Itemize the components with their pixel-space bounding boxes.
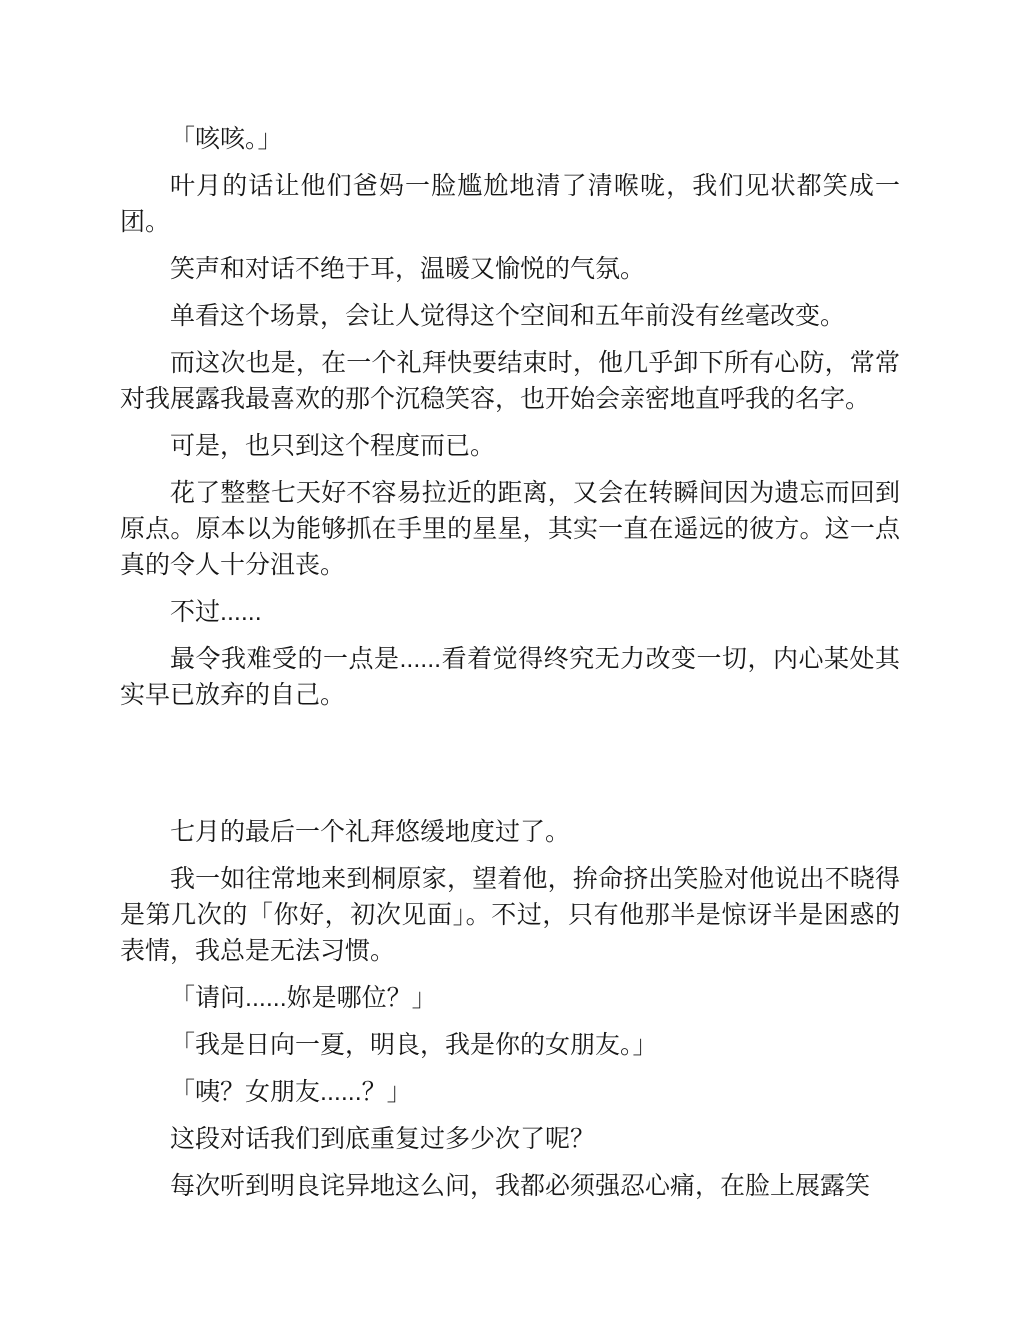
paragraph: 这段对话我们到底重复过多少次了呢？ xyxy=(120,1121,900,1157)
paragraph: 每次听到明良诧异地这么问，我都必须强忍心痛，在脸上展露笑 xyxy=(120,1168,900,1204)
paragraph: 不过...... xyxy=(120,594,900,630)
paragraph: 我一如往常地来到桐原家，望着他，拚命挤出笑脸对他说出不晓得是第几次的「你好，初次… xyxy=(120,861,900,969)
paragraph: 「请问......妳是哪位？」 xyxy=(120,980,900,1016)
paragraph: 单看这个场景，会让人觉得这个空间和五年前没有丝毫改变。 xyxy=(120,298,900,334)
paragraph: 花了整整七天好不容易拉近的距离，又会在转瞬间因为遗忘而回到原点。原本以为能够抓在… xyxy=(120,475,900,583)
paragraph: 「咦？女朋友......？」 xyxy=(120,1074,900,1110)
paragraph: 最令我难受的一点是......看着觉得终究无力改变一切，内心某处其实早已放弃的自… xyxy=(120,641,900,713)
text-section-2: 七月的最后一个礼拜悠缓地度过了。 我一如往常地来到桐原家，望着他，拚命挤出笑脸对… xyxy=(120,814,900,1204)
paragraph: 叶月的话让他们爸妈一脸尴尬地清了清喉咙，我们见状都笑成一团。 xyxy=(120,168,900,240)
book-page: 「咳咳。」 叶月的话让他们爸妈一脸尴尬地清了清喉咙，我们见状都笑成一团。 笑声和… xyxy=(0,0,1020,1320)
section-break xyxy=(120,724,900,814)
paragraph: 七月的最后一个礼拜悠缓地度过了。 xyxy=(120,814,900,850)
paragraph: 笑声和对话不绝于耳，温暖又愉悦的气氛。 xyxy=(120,251,900,287)
paragraph: 而这次也是，在一个礼拜快要结束时，他几乎卸下所有心防，常常对我展露我最喜欢的那个… xyxy=(120,345,900,417)
paragraph: 「咳咳。」 xyxy=(120,121,900,157)
text-section-1: 「咳咳。」 叶月的话让他们爸妈一脸尴尬地清了清喉咙，我们见状都笑成一团。 笑声和… xyxy=(120,121,900,713)
paragraph: 「我是日向一夏，明良，我是你的女朋友。」 xyxy=(120,1027,900,1063)
paragraph: 可是，也只到这个程度而已。 xyxy=(120,428,900,464)
